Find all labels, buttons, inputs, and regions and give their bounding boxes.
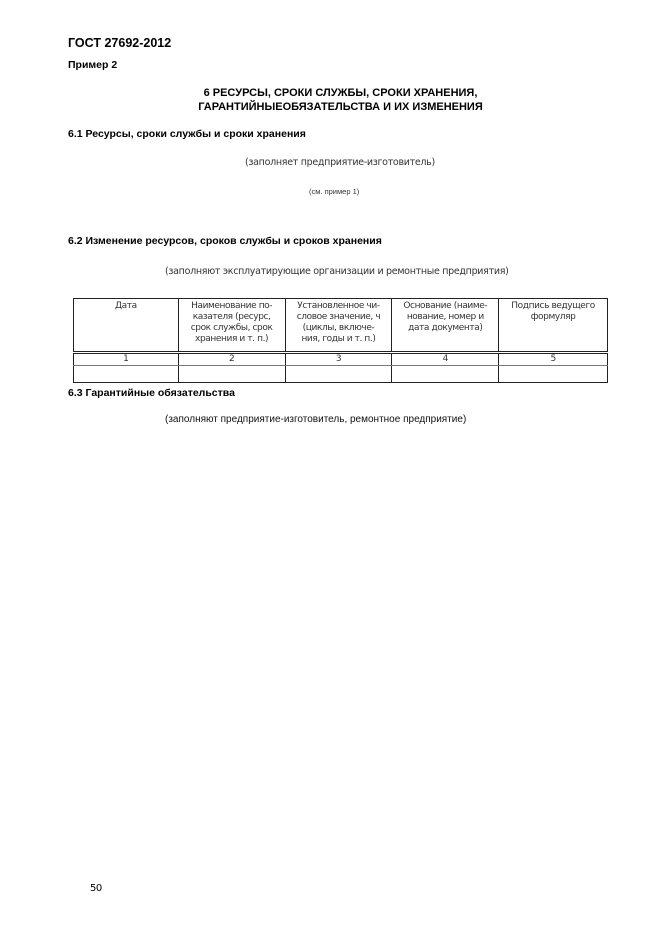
header-cell-value: Установленное чи- словое значение, ч (ци… — [285, 299, 392, 353]
table-cell — [392, 366, 499, 383]
header-cell-basis: Основание (наиме- нование, номер и дата … — [392, 299, 499, 353]
table-header-row: Дата Наименование по- казателя (ресурс, … — [74, 299, 608, 353]
column-number: 4 — [392, 353, 499, 366]
table-cell — [74, 366, 179, 383]
reference-6-1: (см. пример 1) — [309, 187, 359, 196]
header-cell-date: Дата — [74, 299, 179, 353]
example-label: Пример 2 — [68, 59, 117, 71]
column-number: 3 — [285, 353, 392, 366]
column-number: 2 — [178, 353, 285, 366]
table-row — [74, 366, 608, 383]
column-number: 5 — [499, 353, 608, 366]
section-title-line-1: 6 РЕСУРСЫ, СРОКИ СЛУЖБЫ, СРОКИ ХРАНЕНИЯ, — [20, 86, 661, 100]
note-6-1: (заполняет предприятие-изготовитель) — [245, 157, 435, 168]
heading-6-1: 6.1 Ресурсы, сроки службы и сроки хранен… — [68, 128, 306, 140]
header-cell-indicator: Наименование по- казателя (ресурс, срок … — [178, 299, 285, 353]
page-number: 50 — [90, 883, 102, 894]
note-6-2: (заполняют эксплуатирующие организации и… — [165, 266, 509, 277]
column-number: 1 — [74, 353, 179, 366]
table-number-row: 1 2 3 4 5 — [74, 353, 608, 366]
note-6-3: (заполняют предприятие-изготовитель, рем… — [165, 414, 466, 425]
table-cell — [285, 366, 392, 383]
heading-6-2: 6.2 Изменение ресурсов, сроков службы и … — [68, 235, 382, 247]
table-cell — [178, 366, 285, 383]
changes-table: Дата Наименование по- казателя (ресурс, … — [73, 298, 608, 383]
heading-6-3: 6.3 Гарантийные обязательства — [68, 387, 235, 399]
table-cell — [499, 366, 608, 383]
header-cell-signature: Подпись ведущего формуляр — [499, 299, 608, 353]
section-title: 6 РЕСУРСЫ, СРОКИ СЛУЖБЫ, СРОКИ ХРАНЕНИЯ,… — [0, 86, 661, 114]
section-title-line-2: ГАРАНТИЙНЫЕОБЯЗАТЕЛЬСТВА И ИХ ИЗМЕНЕНИЯ — [20, 100, 661, 114]
standard-number: ГОСТ 27692-2012 — [68, 36, 171, 50]
